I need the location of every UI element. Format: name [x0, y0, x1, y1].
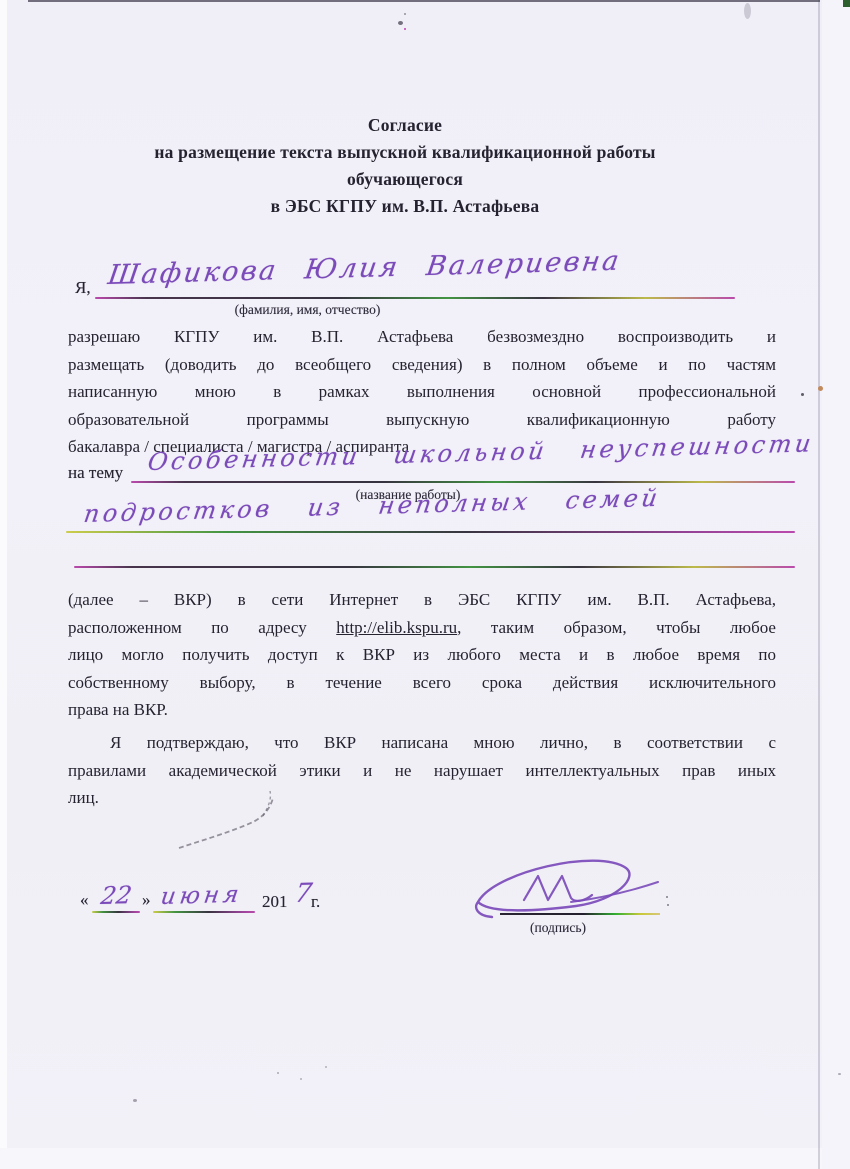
paragraph-text: , таким образом, чтобы любое: [457, 618, 776, 637]
scan-edge-left: [0, 0, 7, 1169]
name-handwritten: Шафикова Юлия Валериевна: [106, 246, 623, 291]
scan-speck: [133, 1099, 137, 1102]
paragraph-line: собственному выбору, в течение всего сро…: [68, 669, 776, 697]
name-caption: (фамилия, имя, отчество): [195, 302, 420, 318]
full-name-prefix: Я,: [75, 278, 91, 298]
date-open-quote: «: [80, 890, 89, 910]
paragraph-line: (далее – ВКР) в сети Интернет в ЭБС КГПУ…: [68, 586, 776, 614]
paragraph-line: права на ВКР.: [68, 696, 776, 724]
date-day-underline: [92, 911, 140, 913]
scan-edge-bottom: [0, 1148, 850, 1169]
topic-underline-2: [66, 531, 795, 533]
scan-corner-mark: [843, 0, 850, 7]
elib-link: http://elib.kspu.ru: [336, 618, 457, 637]
date-month-handwritten: июня: [159, 882, 244, 910]
scan-speck: [818, 386, 823, 391]
doc-title: Согласие на размещение текста выпускной …: [55, 112, 755, 220]
scan-edge-top-line: [28, 0, 820, 2]
scan-speck: [666, 896, 668, 898]
pen-scribble: [175, 786, 300, 854]
scan-edge-right-band: [822, 0, 850, 1169]
paragraph-line: размещать (доводить до всеобщего сведени…: [68, 351, 776, 379]
signature-caption: (подпись): [495, 920, 621, 936]
document-page: Согласие на размещение текста выпускной …: [0, 0, 850, 1169]
doc-title-line-1: Согласие: [55, 112, 755, 139]
paragraph-line: Я подтверждаю, что ВКР написана мною лич…: [68, 729, 776, 757]
scan-speck: [300, 1078, 302, 1080]
paragraph-line: правилами академической этики и не наруш…: [68, 757, 776, 785]
scan-speck: [744, 3, 751, 19]
publication-paragraph: (далее – ВКР) в сети Интернет в ЭБС КГПУ…: [68, 586, 776, 724]
paragraph-line: расположенном по адресу http://elib.kspu…: [68, 614, 776, 642]
topic-label: на тему: [68, 463, 123, 483]
scan-speck: [404, 28, 406, 30]
doc-title-line-2: на размещение текста выпускной квалифика…: [55, 139, 755, 166]
topic-underline-1: [131, 481, 795, 483]
scan-speck: [325, 1066, 327, 1068]
paragraph-line: разрешаю КГПУ им. В.П. Астафьева безвозм…: [68, 323, 776, 351]
scan-speck: [277, 1072, 279, 1074]
date-year-printed: 201: [262, 892, 288, 912]
date-year-suffix: г.: [311, 892, 320, 912]
date-day-handwritten: 22: [99, 881, 134, 910]
paragraph-line: написанную мною в рамках выполнения осно…: [68, 378, 776, 406]
name-underline: [95, 297, 735, 299]
paragraph-line: лицо могло получить доступ к ВКР из любо…: [68, 641, 776, 669]
signature-stroke: [468, 850, 673, 922]
date-close-quote: »: [142, 890, 151, 910]
doc-title-line-4: в ЭБС КГПУ им. В.П. Астафьева: [55, 193, 755, 220]
scan-speck: [667, 904, 669, 906]
paragraph-text: расположенном по адресу: [68, 618, 336, 637]
scan-speck: [838, 1073, 841, 1075]
topic-underline-3: [74, 566, 795, 568]
paragraph-line: образовательной программы выпускную квал…: [68, 406, 776, 434]
scan-speck: [404, 13, 406, 15]
signature-underline: [500, 913, 660, 915]
scan-page-edge-line: [818, 0, 820, 1169]
scan-speck: [398, 21, 403, 25]
doc-title-line-3: обучающегося: [55, 166, 755, 193]
scan-speck: [801, 393, 804, 396]
date-month-underline: [153, 911, 255, 913]
